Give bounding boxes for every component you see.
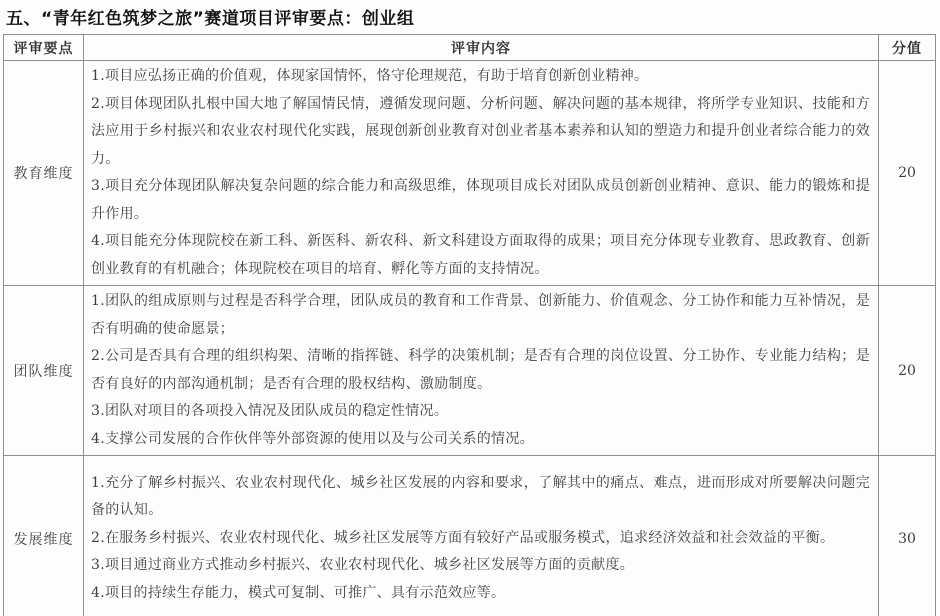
dimension-label-education: 教育维度 (4, 61, 84, 286)
table-row-team: 团队维度 1.团队的组成原则与过程是否科学合理，团队成员的教育和工作背景、创新能… (4, 286, 936, 456)
col-header-score: 分值 (879, 35, 936, 61)
criterion-item: 1.团队的组成原则与过程是否科学合理，团队成员的教育和工作背景、创新能力、价值观… (91, 288, 870, 343)
table-row-education: 教育维度 1.项目应弘扬正确的价值观，体现家国情怀，恪守伦理规范，有助于培育创新… (4, 61, 936, 286)
criterion-item: 3.项目充分体现团队解决复杂问题的综合能力和高级思维，体现项目成长对团队成员创新… (91, 173, 870, 228)
criterion-item: 3.团队对项目的各项投入情况及团队成员的稳定性情况。 (91, 398, 870, 426)
criterion-item: 2.项目体现团队扎根中国大地了解国情民情，遵循发现问题、分析问题、解决问题的基本… (91, 91, 870, 174)
document-page: 五、“青年红色筑梦之旅”赛道项目评审要点：创业组 评审要点 评审内容 分值 教育… (0, 0, 940, 616)
table-row-development: 发展维度 1.充分了解乡村振兴、农业农村现代化、城乡社区发展的内容和要求，了解其… (4, 456, 936, 616)
col-header-dimension: 评审要点 (4, 35, 84, 61)
criterion-item: 1.充分了解乡村振兴、农业农村现代化、城乡社区发展的内容和要求，了解其中的痛点、… (91, 470, 870, 525)
criterion-item: 4.项目的持续生存能力，模式可复制、可推广、具有示范效应等。 (91, 580, 870, 608)
score-value-education: 20 (879, 61, 936, 286)
col-header-content: 评审内容 (84, 35, 879, 61)
criterion-item: 2.在服务乡村振兴、农业农村现代化、城乡社区发展等方面有较好产品或服务模式，追求… (91, 525, 870, 553)
review-criteria-table: 评审要点 评审内容 分值 教育维度 1.项目应弘扬正确的价值观，体现家国情怀，恪… (3, 34, 936, 616)
score-value-development: 30 (879, 456, 936, 616)
content-cell-education: 1.项目应弘扬正确的价值观，体现家国情怀，恪守伦理规范，有助于培育创新创业精神。… (84, 61, 879, 286)
content-cell-team: 1.团队的组成原则与过程是否科学合理，团队成员的教育和工作背景、创新能力、价值观… (84, 286, 879, 456)
criterion-item: 4.支撑公司发展的合作伙伴等外部资源的使用以及与公司关系的情况。 (91, 426, 870, 454)
criterion-item: 4.项目能充分体现院校在新工科、新医科、新农科、新文科建设方面取得的成果；项目充… (91, 228, 870, 283)
dimension-label-team: 团队维度 (4, 286, 84, 456)
content-cell-development: 1.充分了解乡村振兴、农业农村现代化、城乡社区发展的内容和要求，了解其中的痛点、… (84, 456, 879, 616)
criterion-item: 1.项目应弘扬正确的价值观，体现家国情怀，恪守伦理规范，有助于培育创新创业精神。 (91, 63, 870, 91)
criterion-item: 2.公司是否具有合理的组织构架、清晰的指挥链、科学的决策机制；是否有合理的岗位设… (91, 343, 870, 398)
dimension-label-development: 发展维度 (4, 456, 84, 616)
page-title: 五、“青年红色筑梦之旅”赛道项目评审要点：创业组 (6, 4, 937, 29)
score-value-team: 20 (879, 286, 936, 456)
table-header-row: 评审要点 评审内容 分值 (4, 35, 936, 61)
criterion-item: 3.项目通过商业方式推动乡村振兴、农业农村现代化、城乡社区发展等方面的贡献度。 (91, 552, 870, 580)
